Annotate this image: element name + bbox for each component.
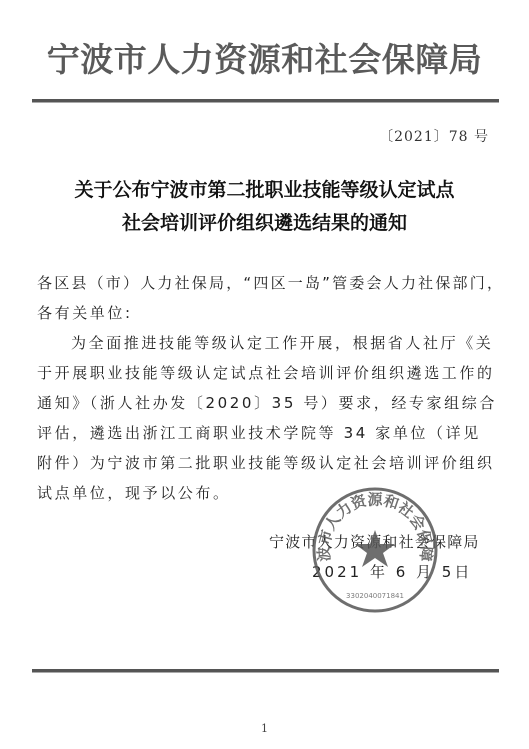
document-body: 各区县（市）人力社保局，“四区一岛”管委会人力社保部门， 各有关单位: 为全面推… xyxy=(37,268,497,508)
document-title-line-1: 关于公布宁波市第二批职业技能等级认定试点 xyxy=(0,174,529,207)
document-number: 〔2021〕78 号 xyxy=(379,126,489,146)
seal-code: 3302040071841 xyxy=(346,592,404,600)
salutation-line-1: 各区县（市）人力社保局，“四区一岛”管委会人力社保部门， xyxy=(37,268,497,298)
footer-divider xyxy=(32,669,499,673)
header-divider xyxy=(32,99,499,103)
salutation-line-2: 各有关单位: xyxy=(37,298,497,328)
seal-icon: 宁波市人力资源和社会保障局 3302040071841 xyxy=(311,486,439,614)
document-title-line-2: 社会培训评价组织遴选结果的通知 xyxy=(0,207,529,240)
body-paragraph: 为全面推进技能等级认定工作开展，根据省人社厅《关于开展职业技能等级认定试点社会培… xyxy=(37,328,497,508)
organization-header: 宁波市人力资源和社会保障局 xyxy=(0,40,529,80)
page-number: 1 xyxy=(0,722,529,735)
official-seal-stamp: 宁波市人力资源和社会保障局 3302040071841 xyxy=(311,486,439,614)
document-title: 关于公布宁波市第二批职业技能等级认定试点 社会培训评价组织遴选结果的通知 xyxy=(0,174,529,240)
